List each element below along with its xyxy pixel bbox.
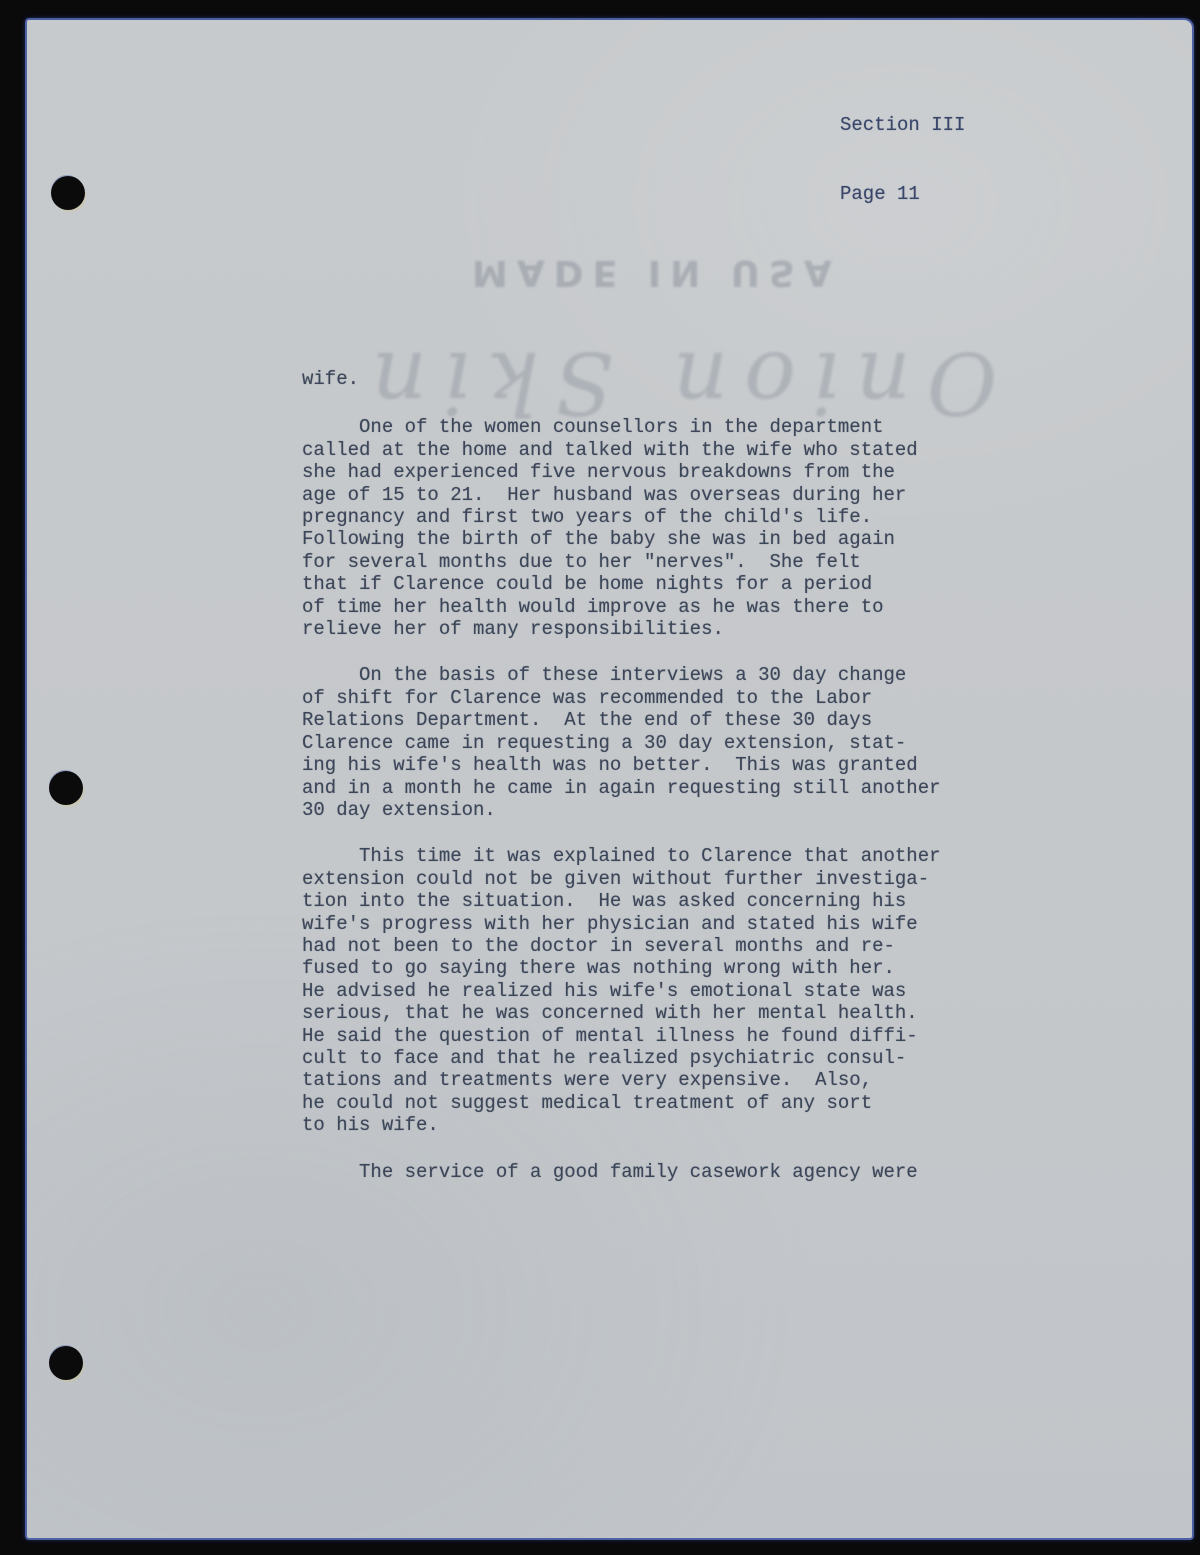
page-header: Section III Page 11 xyxy=(840,68,965,252)
watermark-made-in-usa: MADE IN USA xyxy=(472,252,838,293)
page-number-label: Page 11 xyxy=(840,183,965,206)
document-body: wife. One of the women counsellors in th… xyxy=(302,368,992,1207)
section-label: Section III xyxy=(840,114,965,137)
paragraph: The service of a good family casework ag… xyxy=(302,1161,992,1183)
continuation-line: wife. xyxy=(302,368,992,390)
hole-punch-top xyxy=(51,176,85,210)
hole-punch-bottom xyxy=(49,1346,83,1380)
hole-punch-middle xyxy=(49,771,83,805)
scan-background: MADE IN USA Onion Skin Section III Page … xyxy=(0,0,1200,1555)
paragraph: One of the women counsellors in the depa… xyxy=(302,416,992,640)
paragraph: On the basis of these interviews a 30 da… xyxy=(302,664,992,821)
paragraph: This time it was explained to Clarence t… xyxy=(302,845,992,1136)
document-page: MADE IN USA Onion Skin Section III Page … xyxy=(25,18,1194,1540)
